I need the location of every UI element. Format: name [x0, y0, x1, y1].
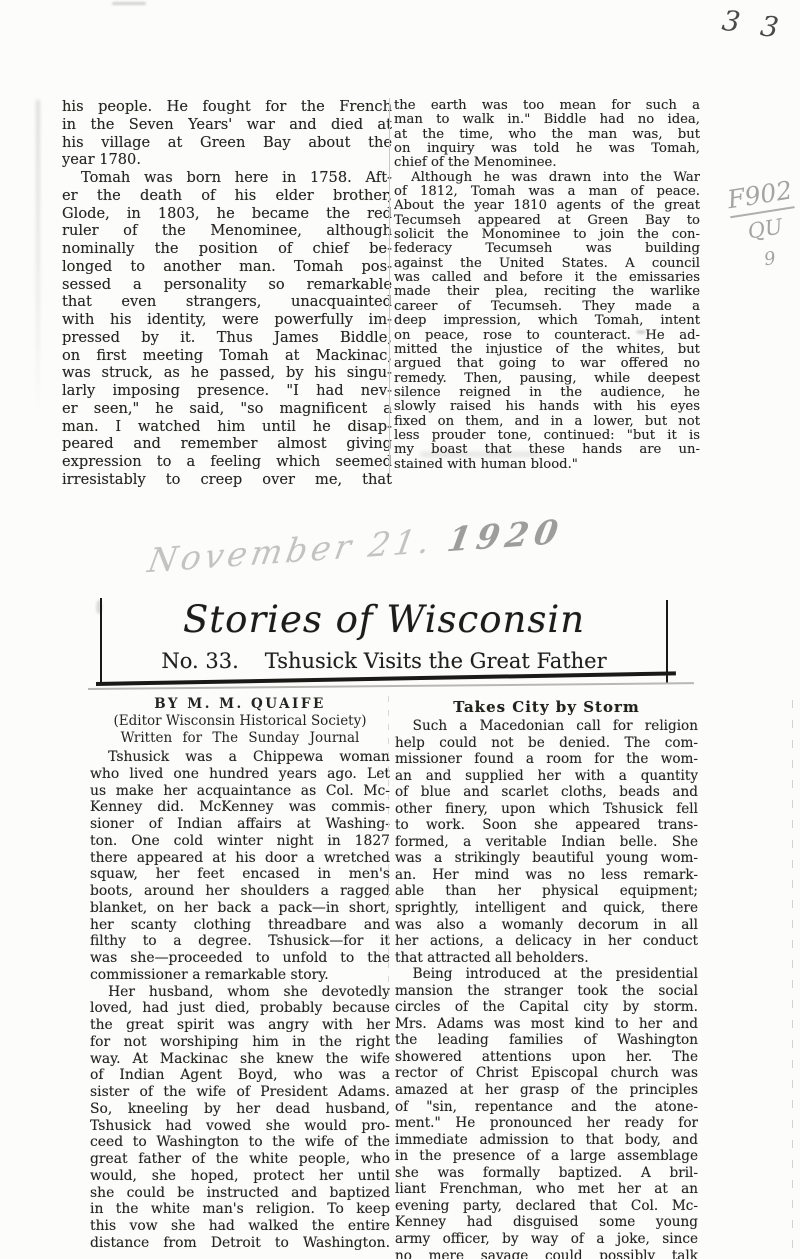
article-line: this vow she had walked the entire — [90, 1218, 390, 1235]
article-line: About the year 1810 agents of the great — [394, 199, 700, 213]
article-line: of 1812, Tomah was a man of peace. — [394, 185, 700, 199]
series-title: Stories of Wisconsin — [100, 598, 668, 641]
article-line: her actions, a delicacy in her conduct — [395, 933, 698, 950]
article-line: was she—proceeded to unfold to the — [90, 950, 390, 967]
article-line: in the white man's religion. To keep — [90, 1201, 390, 1218]
article-line: of "sin, repentance and the atone- — [395, 1099, 698, 1116]
page-edge-rule — [792, 700, 793, 1256]
handwritten-date-month-day: November 21. — [145, 521, 437, 581]
article-title: Tshusick Visits the Great Father — [265, 649, 607, 673]
article-line: chief of the Menominee. — [394, 156, 700, 170]
column-divider-rule-faint — [388, 696, 389, 996]
article-line: us make her acquaintance as Col. Mc- — [90, 783, 390, 800]
article-line: an and supplied her with a quantity — [395, 768, 698, 785]
article-line: the earth was too mean for such a — [394, 99, 700, 113]
article-line: an. Her mind was no less remark- — [395, 867, 698, 884]
article-line: Although he was drawn into the War — [394, 171, 700, 185]
article-line: career of Tecumseh. They made a — [394, 300, 700, 314]
article-line: remedy. Then, pausing, while deepest — [394, 372, 700, 386]
byline-block: BY M. M. QUAIFE (Editor Wisconsin Histor… — [90, 696, 390, 747]
article-headline: No. 33.Tshusick Visits the Great Father — [100, 649, 668, 673]
headline-box: Stories of Wisconsin No. 33.Tshusick Vis… — [100, 596, 668, 688]
byline-credit: (Editor Wisconsin Historical Society) — [90, 713, 390, 730]
article-line: deep impression, which Tomah, intent — [394, 314, 700, 328]
article-line: help could not be denied. The com- — [395, 735, 698, 752]
handwritten-archive-code: F902 QU 9 — [725, 175, 800, 274]
article-line: federacy Tecumseh was building — [394, 242, 700, 256]
article-line: rector of Christ Episcopal church was — [395, 1065, 698, 1082]
section-heading: Takes City by Storm — [395, 698, 698, 716]
column-divider-rule — [389, 98, 390, 476]
article-line: expression to a feeling which seemed — [62, 453, 392, 471]
byline-source: Written for The Sunday Journal — [90, 730, 390, 747]
article-line: er the death of his elder brother, — [62, 187, 392, 205]
article-line: to work. Soon she appeared trans- — [395, 817, 698, 834]
article-line: was struck, as he passed, by his singu- — [62, 364, 392, 382]
article-line: made their plea, reciting the warlike — [394, 285, 700, 299]
article-line: for not worshiping him in the right — [90, 1034, 390, 1051]
article-line: his village at Green Bay about the — [62, 134, 392, 152]
article-line: she could be instructed and baptized — [90, 1185, 390, 1202]
archive-code-line: 9 — [736, 244, 800, 275]
article-line: solicit the Monominee to join the con- — [394, 228, 700, 242]
article-line: on inquiry was told he was Tomah, — [394, 142, 700, 156]
article-line: man. I watched him until he disap- — [62, 418, 392, 436]
article-line: was called and before it the emissaries — [394, 271, 700, 285]
article-line: of blue and scarlet cloths, beads and — [395, 784, 698, 801]
article-number: No. 33. — [161, 649, 238, 673]
top-article-right-column: the earth was too mean for such aman to … — [394, 99, 700, 472]
article-line: no mere savage could possibly talk — [395, 1248, 698, 1259]
article-line: Her husband, whom she devotedly — [90, 984, 390, 1001]
article-line: missioner found a room for the wom- — [395, 751, 698, 768]
scan-edge-streak — [36, 100, 40, 420]
article-line: stained with human blood." — [394, 458, 700, 472]
article-line: sioner of Indian affairs at Washing- — [90, 816, 390, 833]
article-line: was also a womanly decorum in all — [395, 917, 698, 934]
article-line: So, kneeling by her dead husband, — [90, 1101, 390, 1118]
article-line: filthy to a degree. Tshusick—for it — [90, 933, 390, 950]
article-line: immediate admission to that body, and — [395, 1132, 698, 1149]
article-line: Kenney had disguised some young — [395, 1214, 698, 1231]
article-line: in the presence of a large assemblage — [395, 1148, 698, 1165]
article-line: sister of the wife of President Adams. — [90, 1084, 390, 1101]
article-line: Such a Macedonian call for religion — [395, 718, 698, 735]
article-line: er seen," he said, "so magnificent a — [62, 400, 392, 418]
article-line: circles of the Capital city by storm. — [395, 999, 698, 1016]
article-line: the great spirit was angry with her — [90, 1017, 390, 1034]
article-line: pressed by it. Thus James Biddle, — [62, 329, 392, 347]
article-line: her scanty clothing threadbare and — [90, 917, 390, 934]
article-line: at the time, who the man was, but — [394, 128, 700, 142]
article-line: would, she hoped, protect her until — [90, 1168, 390, 1185]
article-line: less prouder tone, continued: "but it is — [394, 429, 700, 443]
article-line: mansion the stranger took the social — [395, 983, 698, 1000]
article-line: on peace, rose to counteract. He ad- — [394, 329, 700, 343]
article-line: showered attentions upon her. The — [395, 1049, 698, 1066]
article-line: Kenney did. McKenney was commis- — [90, 799, 390, 816]
article-line: ment." He pronounced her ready for — [395, 1115, 698, 1132]
article-line: that even strangers, unacquainted — [62, 293, 392, 311]
article-line: blanket, on her back a pack—in short, — [90, 900, 390, 917]
article-line: way. At Mackinac she knew the wife — [90, 1051, 390, 1068]
article-line: irresistably to creep over me, that — [62, 471, 392, 489]
top-article-left-column: his people. He fought for the Frenchin t… — [62, 98, 392, 489]
article-line: my boast that these hands are un- — [394, 443, 700, 457]
article-line: Mrs. Adams was most kind to her and — [395, 1016, 698, 1033]
article-line: ton. One cold winter night in 1827 — [90, 833, 390, 850]
article-line: able than her physical equipment; — [395, 883, 698, 900]
article-line: man to walk in." Biddle had no idea, — [394, 113, 700, 127]
article-line: other finery, upon which Tshusick fell — [395, 801, 698, 818]
main-article-right-column: Such a Macedonian call for religionhelp … — [395, 718, 698, 1259]
article-line: liant Frenchman, who met her at an — [395, 1181, 698, 1198]
article-line: Tomah was born here in 1758. Aft- — [62, 169, 392, 187]
article-line: argued that going to war offered no — [394, 357, 700, 371]
archive-code-line: QU — [731, 212, 799, 246]
article-line: against the United States. A council — [394, 257, 700, 271]
article-line: with his identity, were powerfully im- — [62, 311, 392, 329]
handwritten-date-year: 1920 — [444, 512, 567, 560]
article-line: his people. He fought for the French — [62, 98, 392, 116]
byline-author: BY M. M. QUAIFE — [90, 696, 390, 713]
article-line: army officer, by way of a joke, since — [395, 1231, 698, 1248]
article-line: ruler of the Menominee, although — [62, 222, 392, 240]
article-line: in the Seven Years' war and died at — [62, 116, 392, 134]
article-line: who lived one hundred years ago. Let — [90, 766, 390, 783]
article-line: commissioner a remarkable story. — [90, 967, 390, 984]
article-line: slowly raised his hands with his eyes — [394, 400, 700, 414]
article-line: mitted the injustice of the whites, but — [394, 343, 700, 357]
archive-code-line: F902 — [725, 175, 794, 218]
article-line: silence reigned in the audience, he — [394, 386, 700, 400]
article-line: on first meeting Tomah at Mackinac, — [62, 347, 392, 365]
main-article-left-column: Tshusick was a Chippewa womanwho lived o… — [90, 749, 390, 1252]
article-line: Tshusick was a Chippewa woman — [90, 749, 390, 766]
article-line: ceed to Washington to the wife of the — [90, 1134, 390, 1151]
article-line: there appeared at his door a wretched — [90, 850, 390, 867]
article-line: peared and remember almost giving — [62, 435, 392, 453]
article-line: formed, a veritable Indian belle. She — [395, 834, 698, 851]
article-line: amazed at her grasp of the principles — [395, 1082, 698, 1099]
article-line: longed to another man. Tomah pos- — [62, 258, 392, 276]
article-line: loved, had just died, probably because — [90, 1000, 390, 1017]
article-line: sessed a personality so remarkable — [62, 276, 392, 294]
article-line: Being introduced at the presidential — [395, 966, 698, 983]
article-line: evening party, declared that Col. Mc- — [395, 1198, 698, 1215]
article-line: fixed on them, and in a lower, but not — [394, 415, 700, 429]
article-line: Glode, in 1803, he became the red — [62, 205, 392, 223]
article-line: year 1780. — [62, 151, 392, 169]
article-line: nominally the position of chief be- — [62, 240, 392, 258]
article-line: was a strikingly beautiful young wom- — [395, 850, 698, 867]
article-line: squaw, her feet encased in men's — [90, 866, 390, 883]
article-line: that attracted all beholders. — [395, 950, 698, 967]
article-line: great father of the white people, who — [90, 1151, 390, 1168]
article-line: the leading families of Washington — [395, 1032, 698, 1049]
newspaper-clipping-scan: 3 3 F902 QU 9 his people. He fought for … — [0, 0, 800, 1259]
article-line: Tecumseh appeared at Green Bay to — [394, 214, 700, 228]
article-line: boots, around her shoulders a ragged — [90, 883, 390, 900]
scan-artifact — [112, 2, 146, 5]
article-line: larly imposing presence. "I had nev- — [62, 382, 392, 400]
article-line: sprightly, intelligent and quick, there — [395, 900, 698, 917]
handwritten-date: November 21. 1920 — [145, 511, 581, 581]
article-line: distance from Detroit to Washington. — [90, 1235, 390, 1252]
article-line: she was formally baptized. A bril- — [395, 1165, 698, 1182]
article-line: of Indian Agent Boyd, who was a — [90, 1067, 390, 1084]
article-line: Tshusick had vowed she would pro- — [90, 1118, 390, 1135]
handwritten-page-number: 3 3 — [720, 4, 787, 45]
